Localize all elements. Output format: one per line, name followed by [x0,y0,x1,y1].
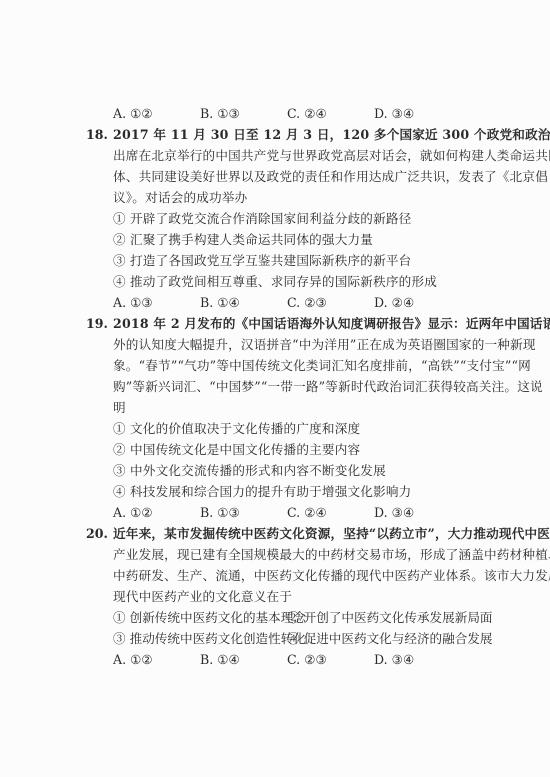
question-19-option-b: B. ①③ [200,505,240,521]
question-19-line: 购”等新兴词汇、“中国梦”“一带一路”等新时代政治词汇获得较高关注。这说 [113,379,543,395]
question-18-line: 出席在北京举行的中国共产党与世界政党高层对话会，就如何构建人类命运共同 [113,148,550,164]
question-19-statement-3: ③ 中外文化交流传播的形式和内容不断变化发展 [113,463,386,479]
question-19-line: 象。“春节”“气功”等中国传统文化类词汇知名度排前，“高铁”“支付宝”“网 [113,358,531,374]
question-20-option-a: A. ①② [113,652,153,668]
prev-option-d: D. ③④ [374,106,414,122]
question-18-statement-2: ② 汇聚了携手构建人类命运共同体的强大力量 [113,232,373,248]
question-19-line: 明 [113,400,126,416]
question-19-line: 2018 年 2 月发布的《中国话语海外认知度调研报告》显示：近两年中国话语在国 [113,316,550,332]
question-18-option-a: A. ①③ [113,295,153,311]
question-19-statement-1: ① 文化的价值取决于文化传播的广度和深度 [113,421,360,437]
question-18-line: 2017 年 11 月 30 日至 12 月 3 日，120 多个国家近 300… [113,127,550,143]
question-20-option-b: B. ①④ [200,652,240,668]
question-18-number: 18. [86,127,108,143]
question-20-option-c: C. ②③ [287,652,327,668]
prev-option-a: A. ①② [113,106,153,122]
question-19-statement-4: ④ 科技发展和综合国力的提升有助于增强文化影响力 [113,484,411,500]
question-19-line: 外的认知度大幅提升，汉语拼音“中为洋用”正在成为英语圈国家的一种新现 [113,337,536,353]
question-20-line: 现代中医药产业的文化意义在于 [113,589,292,605]
question-19-number: 19. [86,316,108,332]
question-20-number: 20. [86,526,108,542]
question-18-option-b: B. ①④ [200,295,240,311]
question-18-statement-3: ③ 打造了各国政党互学互鉴共建国际新秩序的新平台 [113,253,411,269]
question-19-option-d: D. ③④ [374,505,414,521]
prev-option-b: B. ①③ [200,106,240,122]
question-18-statement-1: ① 开辟了政党交流合作消除国家间利益分歧的新路径 [113,211,411,227]
exam-page: A. ①② B. ①③ C. ②④ D. ③④ 18. 2017 年 11 月 … [0,0,550,777]
question-20-statement-1: ① 创新传统中医药文化的基本理念 [113,610,306,626]
question-20-line: 近年来，某市发掘传统中医药文化资源，坚持“以药立市”，大力推动现代中医药 [113,526,550,542]
prev-option-c: C. ②④ [287,106,327,122]
question-20-option-d: D. ③④ [374,652,414,668]
question-20-statement-3: ③ 推动传统中医药文化创造性转化 [113,631,306,647]
question-20-line: 中药研发、生产、流通，中医药文化传播的现代中医药产业体系。该市大力发展 [113,568,550,584]
question-20-statement-4: ④ 促进中医药文化与经济的融合发展 [287,631,493,647]
question-18-statement-4: ④ 推动了政党间相互尊重、求同存异的国际新秩序的形成 [113,274,437,290]
question-18-line: 议》。对话会的成功举办 [113,190,247,206]
question-19-statement-2: ② 中国传统文化是中国文化传播的主要内容 [113,442,360,458]
question-20-line: 产业发展，现已建有全国规模最大的中药材交易市场，形成了涵盖中药材种植、 [113,547,550,563]
question-20-statement-2: ② 开创了中医药文化传承发展新局面 [287,610,493,626]
question-19-option-c: C. ②④ [287,505,327,521]
question-19-option-a: A. ①② [113,505,153,521]
question-18-option-c: C. ②③ [287,295,327,311]
question-18-option-d: D. ②④ [374,295,414,311]
question-18-line: 体、共同建设美好世界以及政党的责任和作用达成广泛共识，发表了《北京倡 [113,169,548,185]
